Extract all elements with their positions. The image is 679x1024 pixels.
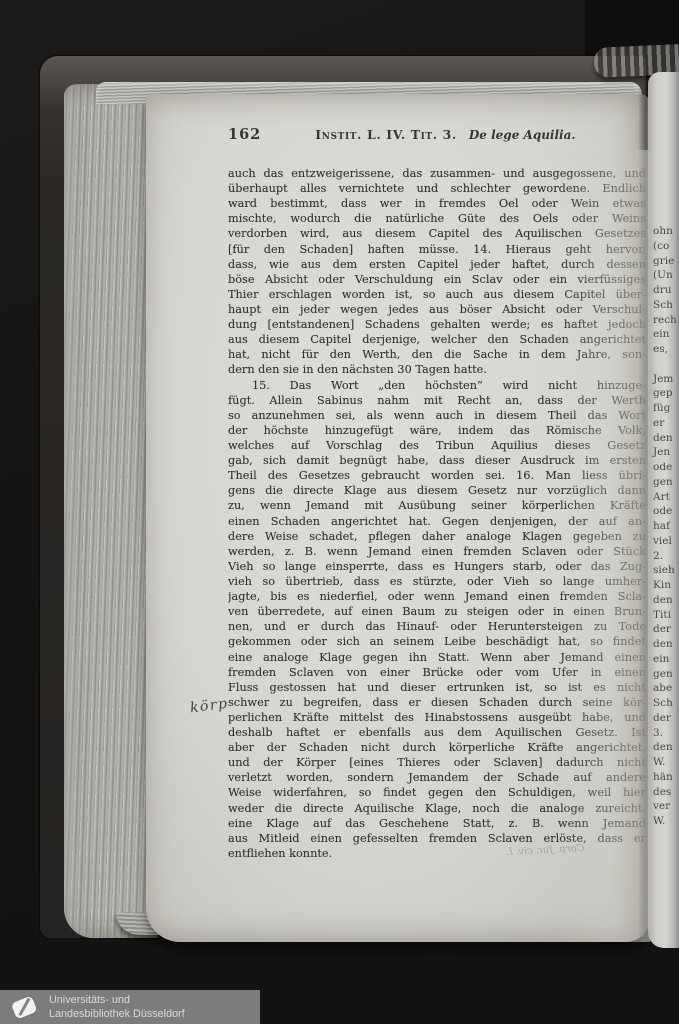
text-fragment: Sch — [653, 298, 679, 313]
library-name-line1: Universitäts- und — [49, 994, 130, 1006]
text-line: werden, z. B. wenn Jemand einen fremden … — [228, 544, 646, 559]
text-line: böse Absicht oder Verschuldung ein Sclav… — [228, 272, 646, 287]
text-line: Fluss gestossen hat und dieser ertrunken… — [228, 680, 646, 695]
text-fragment: rech — [653, 313, 679, 328]
text-fragment: füg — [653, 401, 679, 416]
text-line: und der Körper [eines Thieres oder Sclav… — [228, 755, 646, 770]
text-line: überhaupt alles vernichtete und schlecht… — [228, 181, 646, 196]
text-fragment: gen — [653, 475, 679, 490]
text-line: dere Weise schadet, pflegen daher analog… — [228, 529, 646, 544]
text-line: fügt. Allein Sabinus nahm mit Recht an, … — [228, 393, 646, 408]
text-fragment: den — [653, 740, 679, 755]
text-fragment: Titi — [653, 608, 679, 623]
text-line: Theil des Gesetzes gebraucht worden sei.… — [228, 468, 646, 483]
text-line: Vieh so lange einsperrte, dass es Hunger… — [228, 559, 646, 574]
body-text: auch das entzweigerissene, das zusammen-… — [228, 166, 646, 861]
text-line: weder die directe Aquilische Klage, noch… — [228, 801, 646, 816]
text-fragment: den — [653, 593, 679, 608]
text-fragment: gep — [653, 386, 679, 401]
text-line: gens die directe Klage aus diesem Gesetz… — [228, 483, 646, 498]
text-fragment — [653, 357, 679, 372]
library-logo-icon — [7, 992, 41, 1022]
text-line: aber der Schaden nicht durch körperliche… — [228, 740, 646, 755]
text-fragment: Jem — [653, 372, 679, 387]
text-line: nen, und er durch das Hinauf- oder Herun… — [228, 619, 646, 634]
text-line: eine Klage auf das Geschehene Statt, z. … — [228, 816, 646, 831]
text-fragment: W. — [653, 755, 679, 770]
text-line: der höchste hinzugefügt wäre, indem das … — [228, 423, 646, 438]
text-fragment: ode — [653, 460, 679, 475]
text-line: Weise widerfahren, so findet gegen den S… — [228, 785, 646, 800]
text-fragment: des — [653, 785, 679, 800]
text-fragment: haf — [653, 519, 679, 534]
text-fragment: sieh — [653, 563, 679, 578]
text-fragment: ein — [653, 327, 679, 342]
text-fragment: Art — [653, 490, 679, 505]
text-line: dung [entstandenen] Schadens gehalten we… — [228, 317, 646, 332]
text-fragment: gen — [653, 667, 679, 682]
text-line: fremden Sclaven von einer Brücke oder vo… — [228, 665, 646, 680]
text-line: [für den Schaden] haften müsse. 14. Hier… — [228, 242, 646, 257]
library-name: Universitäts- und Landesbibliothek Düsse… — [49, 993, 185, 1022]
text-line: gab, sich damit begnügt habe, dass diese… — [228, 453, 646, 468]
text-fragment: der — [653, 711, 679, 726]
scanned-book-photo: ohn(cogrie(UndruSchrecheines, Jemgepfüge… — [0, 0, 679, 1024]
text-line: dern den sie in den nächsten 30 Tagen ha… — [228, 362, 646, 377]
text-line: gekommen oder sich an seinem Leibe besch… — [228, 634, 646, 649]
text-fragment: Kin — [653, 578, 679, 593]
text-fragment: ver — [653, 799, 679, 814]
text-fragment: es, — [653, 342, 679, 357]
page-header: 162 Instit. L. IV. Tit. 3. De lege Aquil… — [228, 126, 646, 143]
text-line: mischte, wodurch die natürliche Güte des… — [228, 211, 646, 226]
text-line: verletzt worden, sondern Jemandem der Sc… — [228, 770, 646, 785]
text-fragment: den — [653, 637, 679, 652]
text-line: deshalb haftet er ebenfalls aus dem Aqui… — [228, 725, 646, 740]
text-fragment: er — [653, 416, 679, 431]
facing-page-edge: ohn(cogrie(UndruSchrecheines, Jemgepfüge… — [648, 72, 679, 948]
text-fragment: Sch — [653, 696, 679, 711]
running-title-latin: De lege Aquilia. — [469, 128, 576, 142]
text-line: hat, nicht für den Werth, den die Sache … — [228, 347, 646, 362]
text-line: auch das entzweigerissene, das zusammen-… — [228, 166, 646, 181]
library-name-line2: Landesbibliothek Düsseldorf — [49, 1008, 185, 1020]
text-fragment: (co — [653, 239, 679, 254]
text-line: Thier erschlagen worden ist, so auch aus… — [228, 287, 646, 302]
text-fragment: dru — [653, 283, 679, 298]
text-line: aus diesem Capitel derjenige, welcher de… — [228, 332, 646, 347]
text-fragment: den — [653, 431, 679, 446]
text-line: ward bestimmt, dass wer in fremdes Oel o… — [228, 196, 646, 211]
text-line: haupt ein jeder wegen jedes aus böser Ab… — [228, 302, 646, 317]
text-fragment: ode — [653, 504, 679, 519]
text-line: schwer zu begreifen, dass er diesen Scha… — [228, 695, 646, 710]
text-line: perlichen Kräfte mittelst des Hinabstoss… — [228, 710, 646, 725]
text-fragment: grie — [653, 254, 679, 269]
text-fragment: W. — [653, 814, 679, 829]
text-fragment: der — [653, 622, 679, 637]
text-fragment: 3. — [653, 726, 679, 741]
text-fragment: 2. — [653, 549, 679, 564]
text-line: verdorben wird, aus diesem Capitel des A… — [228, 226, 646, 241]
text-line: jagte, bis es niederfiel, oder wenn Jema… — [228, 589, 646, 604]
text-line: ven überredete, auf einen Baum zu steige… — [228, 604, 646, 619]
facing-page-text-fragments: ohn(cogrie(UndruSchrecheines, Jemgepfüge… — [653, 224, 679, 829]
text-line: einen Schaden angerichtet hat. Gegen den… — [228, 514, 646, 529]
text-fragment: hän — [653, 770, 679, 785]
text-fragment: ein — [653, 652, 679, 667]
text-line: zu, wenn Jemand mit Ausübung seiner körp… — [228, 498, 646, 513]
library-watermark-bar: Universitäts- und Landesbibliothek Düsse… — [0, 990, 260, 1024]
page-stack-fore-edge-left — [64, 84, 158, 939]
running-title: Instit. L. IV. Tit. 3. — [315, 127, 457, 142]
text-line: 15. Das Wort „den höchsten“ wird nicht h… — [228, 378, 646, 393]
text-fragment: Jen — [653, 445, 679, 460]
text-fragment: abe — [653, 681, 679, 696]
text-fragment: ohn — [653, 224, 679, 239]
text-line: vieh so übertrieb, dass es stürzte, oder… — [228, 574, 646, 589]
page-number: 162 — [228, 126, 261, 143]
text-line: welches auf Vorschlag des Tribun Aquiliu… — [228, 438, 646, 453]
text-fragment: viel — [653, 534, 679, 549]
text-line: eine analoge Klage gegen ihn Statt. Wenn… — [228, 650, 646, 665]
text-line: so anzunehmen sei, als wenn auch in dies… — [228, 408, 646, 423]
text-line: dass, wie aus dem ersten Capitel jeder h… — [228, 257, 646, 272]
text-fragment: (Un — [653, 268, 679, 283]
